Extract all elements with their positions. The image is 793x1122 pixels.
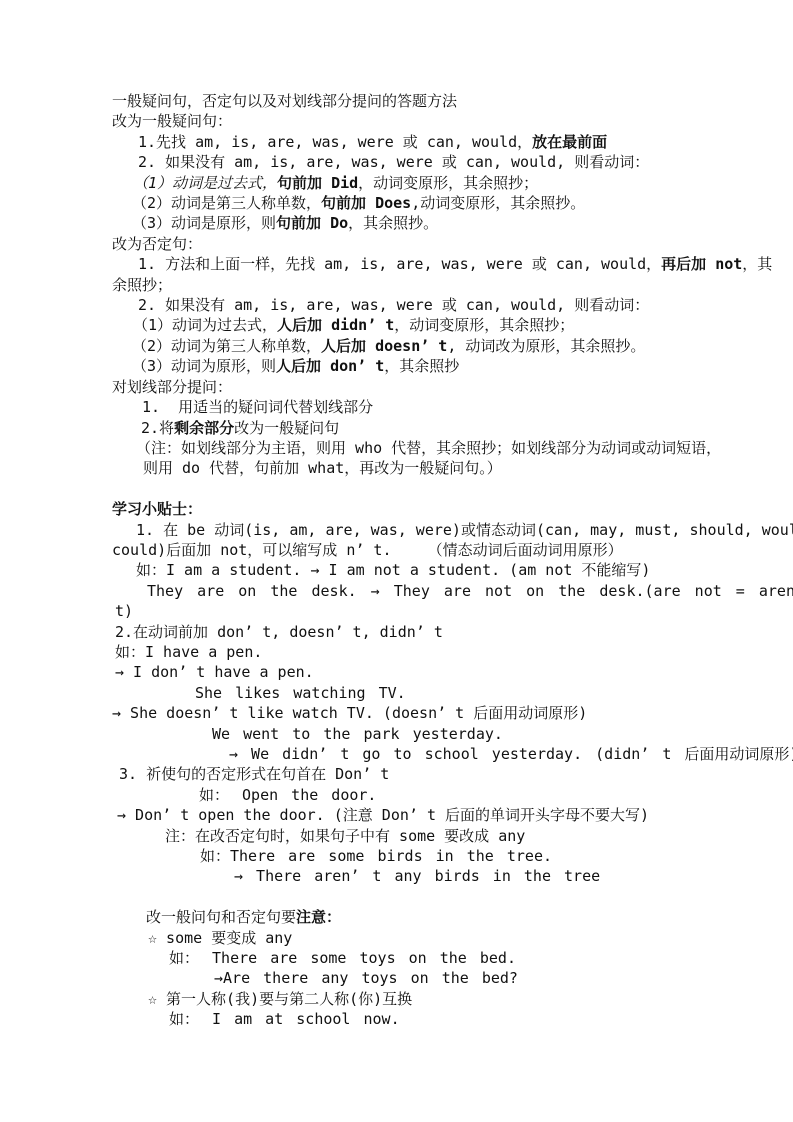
text-segment: 一般疑问句，否定句以及对划线部分提问的答题方法 xyxy=(112,92,457,110)
text-segment: ，其余照抄。 xyxy=(348,214,438,232)
text-segment: ，其 xyxy=(742,255,772,273)
text-line: 2.在动词前加 don’ t, doesn’ t, didn’ t xyxy=(112,622,712,642)
text-line: （3）动词是原形，则句前加 Do，其余照抄。 xyxy=(112,213,712,233)
text-segment: could)后面加 not，可以缩写成 n’ t. （情态动词后面动词用原形） xyxy=(112,541,623,559)
text-segment: 如： I am at school now. xyxy=(169,1010,400,1028)
text-segment: 3. 祈使句的否定形式在句首在 Don’ t xyxy=(119,765,389,783)
text-line: 1.先找 am, is, are, was, were 或 can, would… xyxy=(112,132,712,152)
text-segment: 再后加 not xyxy=(661,255,742,273)
text-segment: She likes watching TV. xyxy=(195,684,406,702)
text-segment: 句前加 Does xyxy=(321,194,411,212)
text-line: → I don’ t have a pen. xyxy=(112,662,712,682)
text-segment: （1）动词是过去式， xyxy=(133,174,277,192)
text-segment: ，其余照抄 xyxy=(384,357,459,375)
text-segment: , 动词改为原形，其余照抄。 xyxy=(447,337,645,355)
blank-line xyxy=(112,887,712,907)
text-segment: 余照抄； xyxy=(112,276,172,294)
text-line: 改为否定句： xyxy=(112,234,712,254)
text-segment: → We didn’ t go to school yesterday. (di… xyxy=(229,745,793,763)
text-line: →Are there any toys on the bed? xyxy=(112,968,712,988)
text-line: 如： I am at school now. xyxy=(112,1009,712,1029)
text-segment: （1）动词为过去式， xyxy=(133,316,277,334)
text-line: 余照抄； xyxy=(112,275,712,295)
text-segment: 人后加 doesn’ t xyxy=(321,337,447,355)
text-segment: 改为一般疑问句： xyxy=(112,112,232,130)
text-line: （注：如划线部分为主语，则用 who 代替，其余照抄；如划线部分为动词或动词短语… xyxy=(112,438,712,458)
text-segment: 注意： xyxy=(296,908,341,926)
text-segment: 1. 方法和上面一样，先找 am, is, are, was, were 或 c… xyxy=(138,255,661,273)
text-segment: 句前加 Did xyxy=(277,174,358,192)
text-segment: 则用 do 代替，句前加 what，再改为一般疑问句。） xyxy=(143,459,502,477)
text-line: 如：I have a pen. xyxy=(112,642,712,662)
text-segment: 如：I have a pen. xyxy=(115,643,262,661)
text-line: 对划线部分提问： xyxy=(112,377,712,397)
text-segment: ，动词变原形，其余照抄； xyxy=(358,174,538,192)
text-line: 改为一般疑问句： xyxy=(112,111,712,131)
text-segment: They are on the desk. → They are not on … xyxy=(147,582,793,600)
text-line: （3）动词为原形，则人后加 don’ t，其余照抄 xyxy=(112,356,712,376)
text-line: → She doesn’ t like watch TV. (doesn’ t … xyxy=(112,703,712,723)
document-body: 一般疑问句，否定句以及对划线部分提问的答题方法改为一般疑问句：1.先找 am, … xyxy=(112,91,712,1030)
text-segment: → Don’ t open the door. (注意 Don’ t 后面的单词… xyxy=(117,806,649,824)
text-line: 如：There are some birds in the tree. xyxy=(112,846,712,866)
text-line: 1. 方法和上面一样，先找 am, is, are, was, were 或 c… xyxy=(112,254,712,274)
text-segment: → She doesn’ t like watch TV. (doesn’ t … xyxy=(112,704,587,722)
text-segment: 句前加 Do xyxy=(276,214,348,232)
text-segment: （3）动词是原形，则 xyxy=(132,214,276,232)
text-line: （1）动词为过去式，人后加 didn’ t，动词变原形，其余照抄； xyxy=(112,315,712,335)
text-segment: 人后加 didn’ t xyxy=(277,316,394,334)
text-segment: 2.在动词前加 don’ t, doesn’ t, didn’ t xyxy=(115,623,443,641)
text-segment: ,动词变原形，其余照抄。 xyxy=(411,194,585,212)
text-segment: 如：I am a student. → I am not a student. … xyxy=(136,561,650,579)
text-line: （2）动词为第三人称单数，人后加 doesn’ t, 动词改为原形，其余照抄。 xyxy=(112,336,712,356)
text-line: 学习小贴士： xyxy=(112,499,712,519)
text-line: could)后面加 not，可以缩写成 n’ t. （情态动词后面动词用原形） xyxy=(112,540,712,560)
text-segment: （3）动词为原形，则 xyxy=(132,357,276,375)
text-segment: t) xyxy=(115,602,133,620)
text-segment: 2. 如果没有 am, is, are, was, were 或 can, wo… xyxy=(138,296,649,314)
text-line: 2. 如果没有 am, is, are, was, were 或 can, wo… xyxy=(112,152,712,172)
text-segment: 改为一般疑问句 xyxy=(234,419,339,437)
text-line: → Don’ t open the door. (注意 Don’ t 后面的单词… xyxy=(112,805,712,825)
text-line: 1. 用适当的疑问词代替划线部分 xyxy=(112,397,712,417)
text-line: ☆ 第一人称(我)要与第二人称(你)互换 xyxy=(112,989,712,1009)
text-segment: ，动词变原形，其余照抄； xyxy=(394,316,574,334)
text-line: → There aren’ t any birds in the tree xyxy=(112,866,712,886)
text-line: 如： There are some toys on the bed. xyxy=(112,948,712,968)
text-line: 注：在改否定句时，如果句子中有 some 要改成 any xyxy=(112,826,712,846)
text-segment: 如： Open the door. xyxy=(199,786,376,804)
text-segment: 学习小贴士： xyxy=(112,500,202,518)
text-line: → We didn’ t go to school yesterday. (di… xyxy=(112,744,712,764)
text-segment: 人后加 don’ t xyxy=(276,357,384,375)
text-line: 如：I am a student. → I am not a student. … xyxy=(112,560,712,580)
text-segment: 1. 用适当的疑问词代替划线部分 xyxy=(142,398,373,416)
text-segment: 如：There are some birds in the tree. xyxy=(200,847,552,865)
text-segment: ☆ 第一人称(我)要与第二人称(你)互换 xyxy=(148,990,412,1008)
text-segment: 如： There are some toys on the bed. xyxy=(169,949,516,967)
document-page: 一般疑问句，否定句以及对划线部分提问的答题方法改为一般疑问句：1.先找 am, … xyxy=(0,0,793,1122)
text-line: 改一般问句和否定句要注意： xyxy=(112,907,712,927)
text-segment: →Are there any toys on the bed? xyxy=(214,969,518,987)
text-segment: （注：如划线部分为主语，则用 who 代替，其余照抄；如划线部分为动词或动词短语… xyxy=(136,439,721,457)
text-line: They are on the desk. → They are not on … xyxy=(112,581,712,601)
text-line: （1）动词是过去式，句前加 Did，动词变原形，其余照抄； xyxy=(112,173,712,193)
text-line: 1. 在 be 动词(is, am, are, was, were)或情态动词(… xyxy=(112,520,712,540)
text-line: 3. 祈使句的否定形式在句首在 Don’ t xyxy=(112,764,712,784)
text-line: 2.将剩余部分改为一般疑问句 xyxy=(112,418,712,438)
text-segment: 改为否定句： xyxy=(112,235,202,253)
text-segment: We went to the park yesterday. xyxy=(212,725,503,743)
text-segment: 放在最前面 xyxy=(532,133,607,151)
text-segment: 注：在改否定句时，如果句子中有 some 要改成 any xyxy=(165,827,525,845)
text-segment: 剩余部分 xyxy=(174,419,234,437)
text-segment: 1. 在 be 动词(is, am, are, was, were)或情态动词(… xyxy=(136,521,793,539)
text-segment: ☆ some 要变成 any xyxy=(148,929,292,947)
text-segment: → I don’ t have a pen. xyxy=(115,663,314,681)
text-segment: → There aren’ t any birds in the tree xyxy=(234,867,600,885)
text-segment: 对划线部分提问： xyxy=(112,378,232,396)
text-line: ☆ some 要变成 any xyxy=(112,928,712,948)
text-segment: （2）动词为第三人称单数， xyxy=(132,337,321,355)
text-line: 如： Open the door. xyxy=(112,785,712,805)
text-line: 一般疑问句，否定句以及对划线部分提问的答题方法 xyxy=(112,91,712,111)
text-line: t) xyxy=(112,601,712,621)
text-line: We went to the park yesterday. xyxy=(112,724,712,744)
text-line: She likes watching TV. xyxy=(112,683,712,703)
text-line: （2）动词是第三人称单数，句前加 Does,动词变原形，其余照抄。 xyxy=(112,193,712,213)
text-line: 2. 如果没有 am, is, are, was, were 或 can, wo… xyxy=(112,295,712,315)
text-segment: 2. 如果没有 am, is, are, was, were 或 can, wo… xyxy=(138,153,649,171)
blank-line xyxy=(112,479,712,499)
text-segment: 改一般问句和否定句要 xyxy=(146,908,296,926)
text-line: 则用 do 代替，句前加 what，再改为一般疑问句。） xyxy=(112,458,712,478)
text-segment: 2.将 xyxy=(141,419,174,437)
text-segment: （2）动词是第三人称单数， xyxy=(132,194,321,212)
text-segment: 1.先找 am, is, are, was, were 或 can, would… xyxy=(138,133,532,151)
